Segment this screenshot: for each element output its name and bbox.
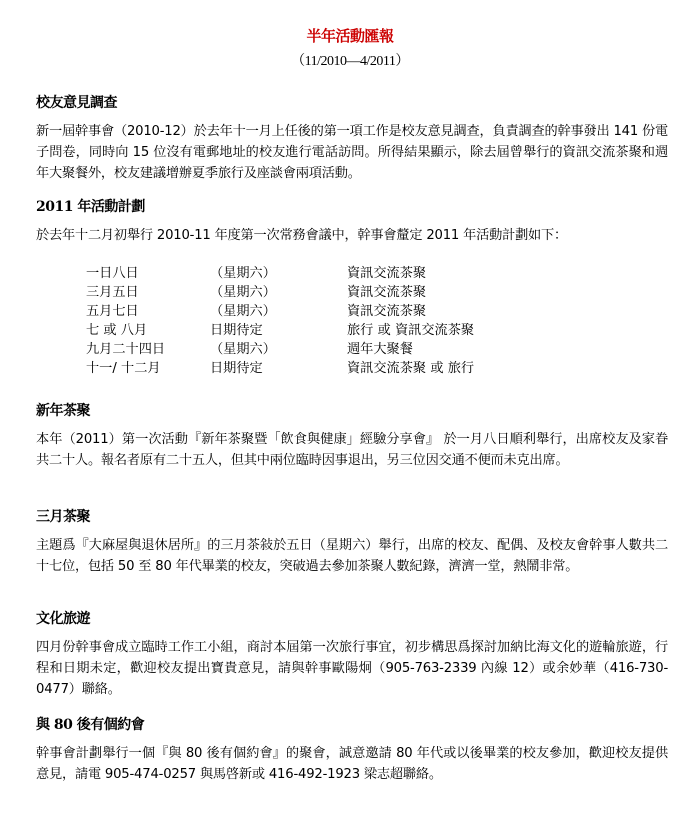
section-heading: 校友意見調查 bbox=[36, 94, 668, 112]
activity-schedule-table: 一日八日 （星期六） 資訊交流茶聚 三月五日 （星期六） 資訊交流茶聚 五月七日… bbox=[86, 264, 547, 378]
schedule-event: 資訊交流茶聚 bbox=[347, 264, 547, 283]
section-heading: 與 80 後有個約會 bbox=[36, 716, 668, 734]
schedule-day: （星期六） bbox=[210, 340, 347, 359]
section-paragraph: 幹事會計劃舉行一個『與 80 後有個約會』的聚會，誠意邀請 80 年代或以後畢業… bbox=[36, 743, 668, 785]
schedule-day: （星期六） bbox=[210, 302, 347, 321]
schedule-event: 旅行 或 資訊交流茶聚 bbox=[347, 321, 547, 340]
section-post-80s-meetup: 與 80 後有個約會 幹事會計劃舉行一個『與 80 後有個約會』的聚會，誠意邀請… bbox=[36, 716, 668, 785]
section-paragraph: 主題爲『大麻屋與退休居所』的三月茶敍於五日（星期六）舉行，出席的校友、配偶、及校… bbox=[36, 535, 668, 577]
section-cultural-travel: 文化旅遊 四月份幹事會成立臨時工作工小組，商討本屆第一次旅行事宜，初步構思爲探討… bbox=[36, 610, 668, 700]
schedule-row: 一日八日 （星期六） 資訊交流茶聚 bbox=[86, 264, 547, 283]
section-march-tea: 三月茶聚 主題爲『大麻屋與退休居所』的三月茶敍於五日（星期六）舉行，出席的校友、… bbox=[36, 508, 668, 577]
section-new-year-tea: 新年茶聚 本年（2011）第一次活動『新年茶聚暨「飲食與健康」經驗分享會』 於一… bbox=[36, 402, 668, 471]
section-heading: 2011 年活動計劃 bbox=[36, 198, 668, 216]
section-alumni-survey: 校友意見調查 新一屆幹事會（2010-12）於去年十一月上任後的第一項工作是校友… bbox=[36, 94, 668, 184]
section-heading: 文化旅遊 bbox=[36, 610, 668, 628]
document-page: 半年活動匯報 （11/2010—4/2011） 校友意見調查 新一屆幹事會（20… bbox=[0, 0, 700, 817]
schedule-event: 資訊交流茶聚 或 旅行 bbox=[347, 359, 547, 378]
schedule-event: 資訊交流茶聚 bbox=[347, 283, 547, 302]
schedule-day: （星期六） bbox=[210, 264, 347, 283]
schedule-day: （星期六） bbox=[210, 283, 347, 302]
schedule-date: 一日八日 bbox=[86, 264, 210, 283]
section-paragraph: 本年（2011）第一次活動『新年茶聚暨「飲食與健康」經驗分享會』 於一月八日順利… bbox=[36, 429, 668, 471]
document-date-range: （11/2010—4/2011） bbox=[0, 52, 700, 72]
section-paragraph: 於去年十二月初舉行 2010-11 年度第一次常務會議中，幹事會釐定 2011 … bbox=[36, 225, 668, 246]
schedule-date: 五月七日 bbox=[86, 302, 210, 321]
schedule-row: 九月二十四日 （星期六） 週年大聚餐 bbox=[86, 340, 547, 359]
schedule-date: 九月二十四日 bbox=[86, 340, 210, 359]
schedule-date: 七 或 八月 bbox=[86, 321, 210, 340]
section-paragraph: 新一屆幹事會（2010-12）於去年十一月上任後的第一項工作是校友意見調查，負責… bbox=[36, 121, 668, 184]
schedule-day: 日期待定 bbox=[210, 359, 347, 378]
schedule-row: 十一/ 十二月 日期待定 資訊交流茶聚 或 旅行 bbox=[86, 359, 547, 378]
schedule-date: 十一/ 十二月 bbox=[86, 359, 210, 378]
section-activity-plan: 2011 年活動計劃 於去年十二月初舉行 2010-11 年度第一次常務會議中，… bbox=[36, 198, 668, 246]
section-heading: 三月茶聚 bbox=[36, 508, 668, 526]
schedule-day: 日期待定 bbox=[210, 321, 347, 340]
section-heading: 新年茶聚 bbox=[36, 402, 668, 420]
section-paragraph: 四月份幹事會成立臨時工作工小組，商討本屆第一次旅行事宜，初步構思爲探討加納比海文… bbox=[36, 637, 668, 700]
schedule-date: 三月五日 bbox=[86, 283, 210, 302]
schedule-row: 三月五日 （星期六） 資訊交流茶聚 bbox=[86, 283, 547, 302]
schedule-row: 五月七日 （星期六） 資訊交流茶聚 bbox=[86, 302, 547, 321]
document-title: 半年活動匯報 bbox=[0, 26, 700, 46]
schedule-event: 資訊交流茶聚 bbox=[347, 302, 547, 321]
schedule-event: 週年大聚餐 bbox=[347, 340, 547, 359]
schedule-row: 七 或 八月 日期待定 旅行 或 資訊交流茶聚 bbox=[86, 321, 547, 340]
